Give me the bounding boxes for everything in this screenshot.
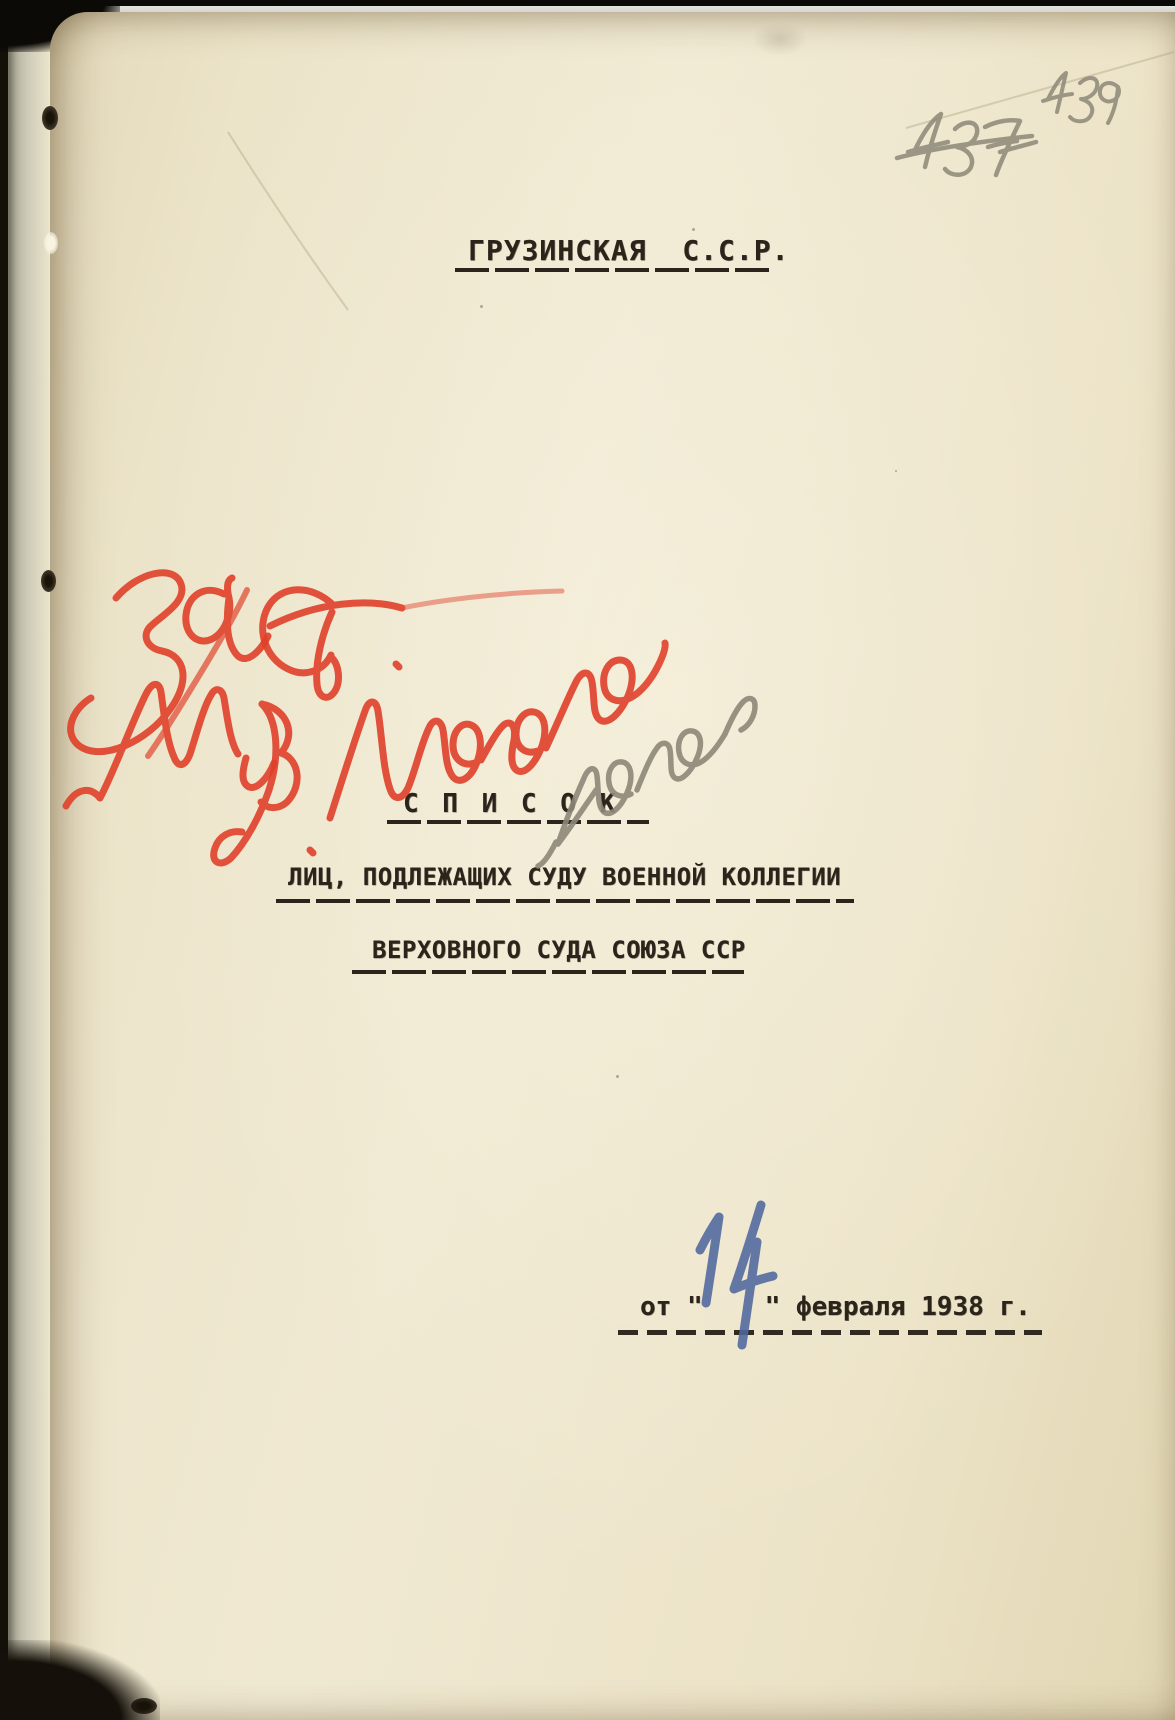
scanned-document-photo: ГРУЗИНСКАЯ С.С.Р. С П И С О К ЛИЦ, ПОДЛЕ… — [0, 0, 1175, 1720]
document-title: С П И С О К — [403, 789, 619, 819]
previous-page-edge — [8, 4, 54, 1716]
paper-speck — [480, 305, 483, 308]
paper-speck — [692, 228, 695, 231]
paper-speck — [895, 470, 897, 472]
pencil-smudge — [752, 22, 808, 56]
date-prefix: от " — [640, 1292, 703, 1322]
paper-speck — [616, 1075, 619, 1078]
header-underline — [455, 268, 775, 272]
date-suffix: " февраля 1938 г. — [765, 1292, 1031, 1322]
subtitle-line2: ВЕРХОВНОГО СУДА СОЮЗА ССР — [372, 936, 746, 964]
title-underline — [387, 820, 649, 824]
binding-notch — [44, 232, 58, 254]
subtitle-line1-underline — [276, 899, 854, 903]
republic-header: ГРУЗИНСКАЯ С.С.Р. — [468, 234, 789, 267]
binding-bottom-corner — [0, 1640, 160, 1720]
subtitle-line2-underline — [352, 970, 744, 974]
subtitle-line1: ЛИЦ, ПОДЛЕЖАЩИХ СУДУ ВОЕННОЙ КОЛЛЕГИИ — [288, 863, 841, 891]
date-line: от "" февраля 1938 г. — [640, 1292, 1031, 1322]
date-underline — [618, 1330, 1042, 1335]
binding-hole — [41, 570, 56, 592]
binding-hole — [42, 106, 58, 130]
